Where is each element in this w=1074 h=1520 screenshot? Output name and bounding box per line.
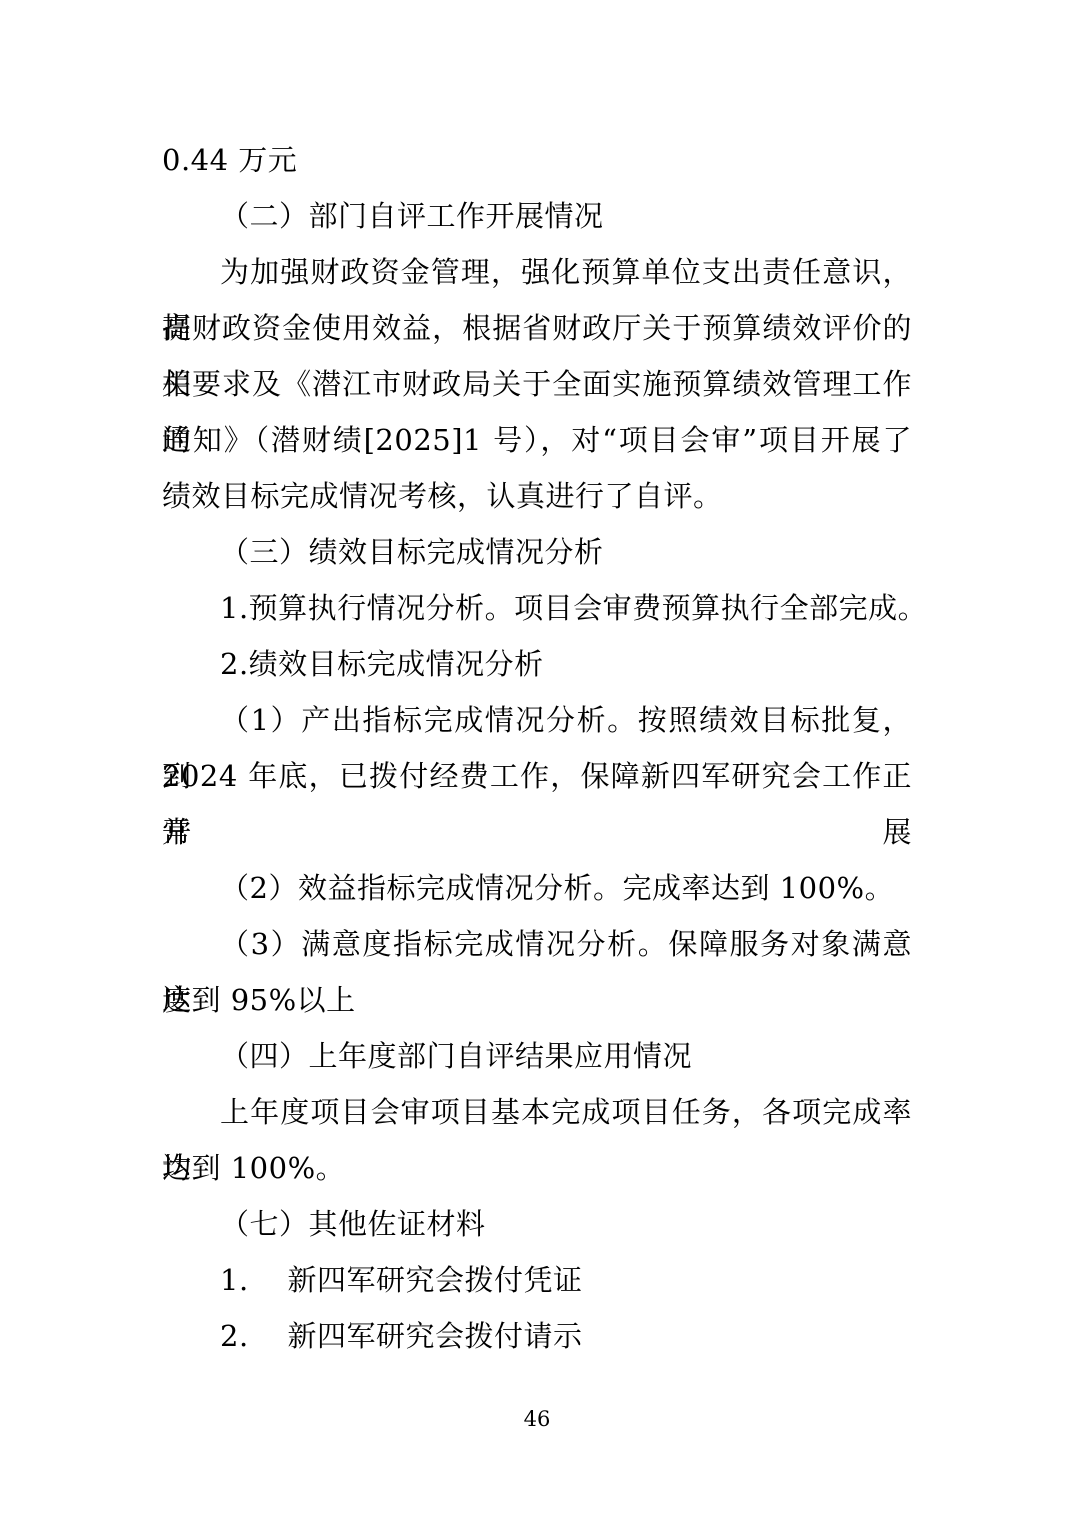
paragraph-line: 为加强财政资金管理，强化预算单位支出责任意识，提 — [162, 244, 912, 300]
numbered-item-2: 2.绩效目标完成情况分析 — [162, 636, 912, 692]
sub-item-1-line: （1）产出指标完成情况分析。按照绩效目标批复，到 — [162, 692, 912, 748]
document-page: 0.44 万元 （二）部门自评工作开展情况 为加强财政资金管理，强化预算单位支出… — [0, 0, 1074, 1520]
section-heading-4: （四）上年度部门自评结果应用情况 — [162, 1028, 912, 1084]
section-heading-2: （二）部门自评工作开展情况 — [162, 188, 912, 244]
page-number: 46 — [0, 1404, 1074, 1434]
sub-item-3-line: 达到 95%以上 — [162, 972, 912, 1028]
paragraph-line: 关要求及《潜江市财政局关于全面实施预算绩效管理工作的 — [162, 356, 912, 412]
paragraph-line: 绩效目标完成情况考核，认真进行了自评。 — [162, 468, 912, 524]
document-body: 0.44 万元 （二）部门自评工作开展情况 为加强财政资金管理，强化预算单位支出… — [162, 132, 912, 1364]
paragraph-line: 达到 100%。 — [162, 1140, 912, 1196]
paragraph-line: 上年度项目会审项目基本完成项目任务，各项完成率均 — [162, 1084, 912, 1140]
paragraph-line: 通知》（潜财绩[2025]1 号），对“项目会审”项目开展了 — [162, 412, 912, 468]
sub-item-2-line: （2）效益指标完成情况分析。完成率达到 100%。 — [162, 860, 912, 916]
numbered-item-1: 1.预算执行情况分析。项目会审费预算执行全部完成。 — [162, 580, 912, 636]
paragraph-line: 高财政资金使用效益，根据省财政厅关于预算绩效评价的相 — [162, 300, 912, 356]
attachment-item-1: 1. 新四军研究会拨付凭证 — [162, 1252, 912, 1308]
sub-item-1-line: 2024 年底，已拨付经费工作，保障新四军研究会工作正常展 — [162, 748, 912, 804]
section-heading-7: （七）其他佐证材料 — [162, 1196, 912, 1252]
doc-line-amount: 0.44 万元 — [162, 132, 912, 188]
section-heading-3: （三）绩效目标完成情况分析 — [162, 524, 912, 580]
sub-item-3-line: （3）满意度指标完成情况分析。保障服务对象满意度 — [162, 916, 912, 972]
attachment-item-2: 2. 新四军研究会拨付请示 — [162, 1308, 912, 1364]
